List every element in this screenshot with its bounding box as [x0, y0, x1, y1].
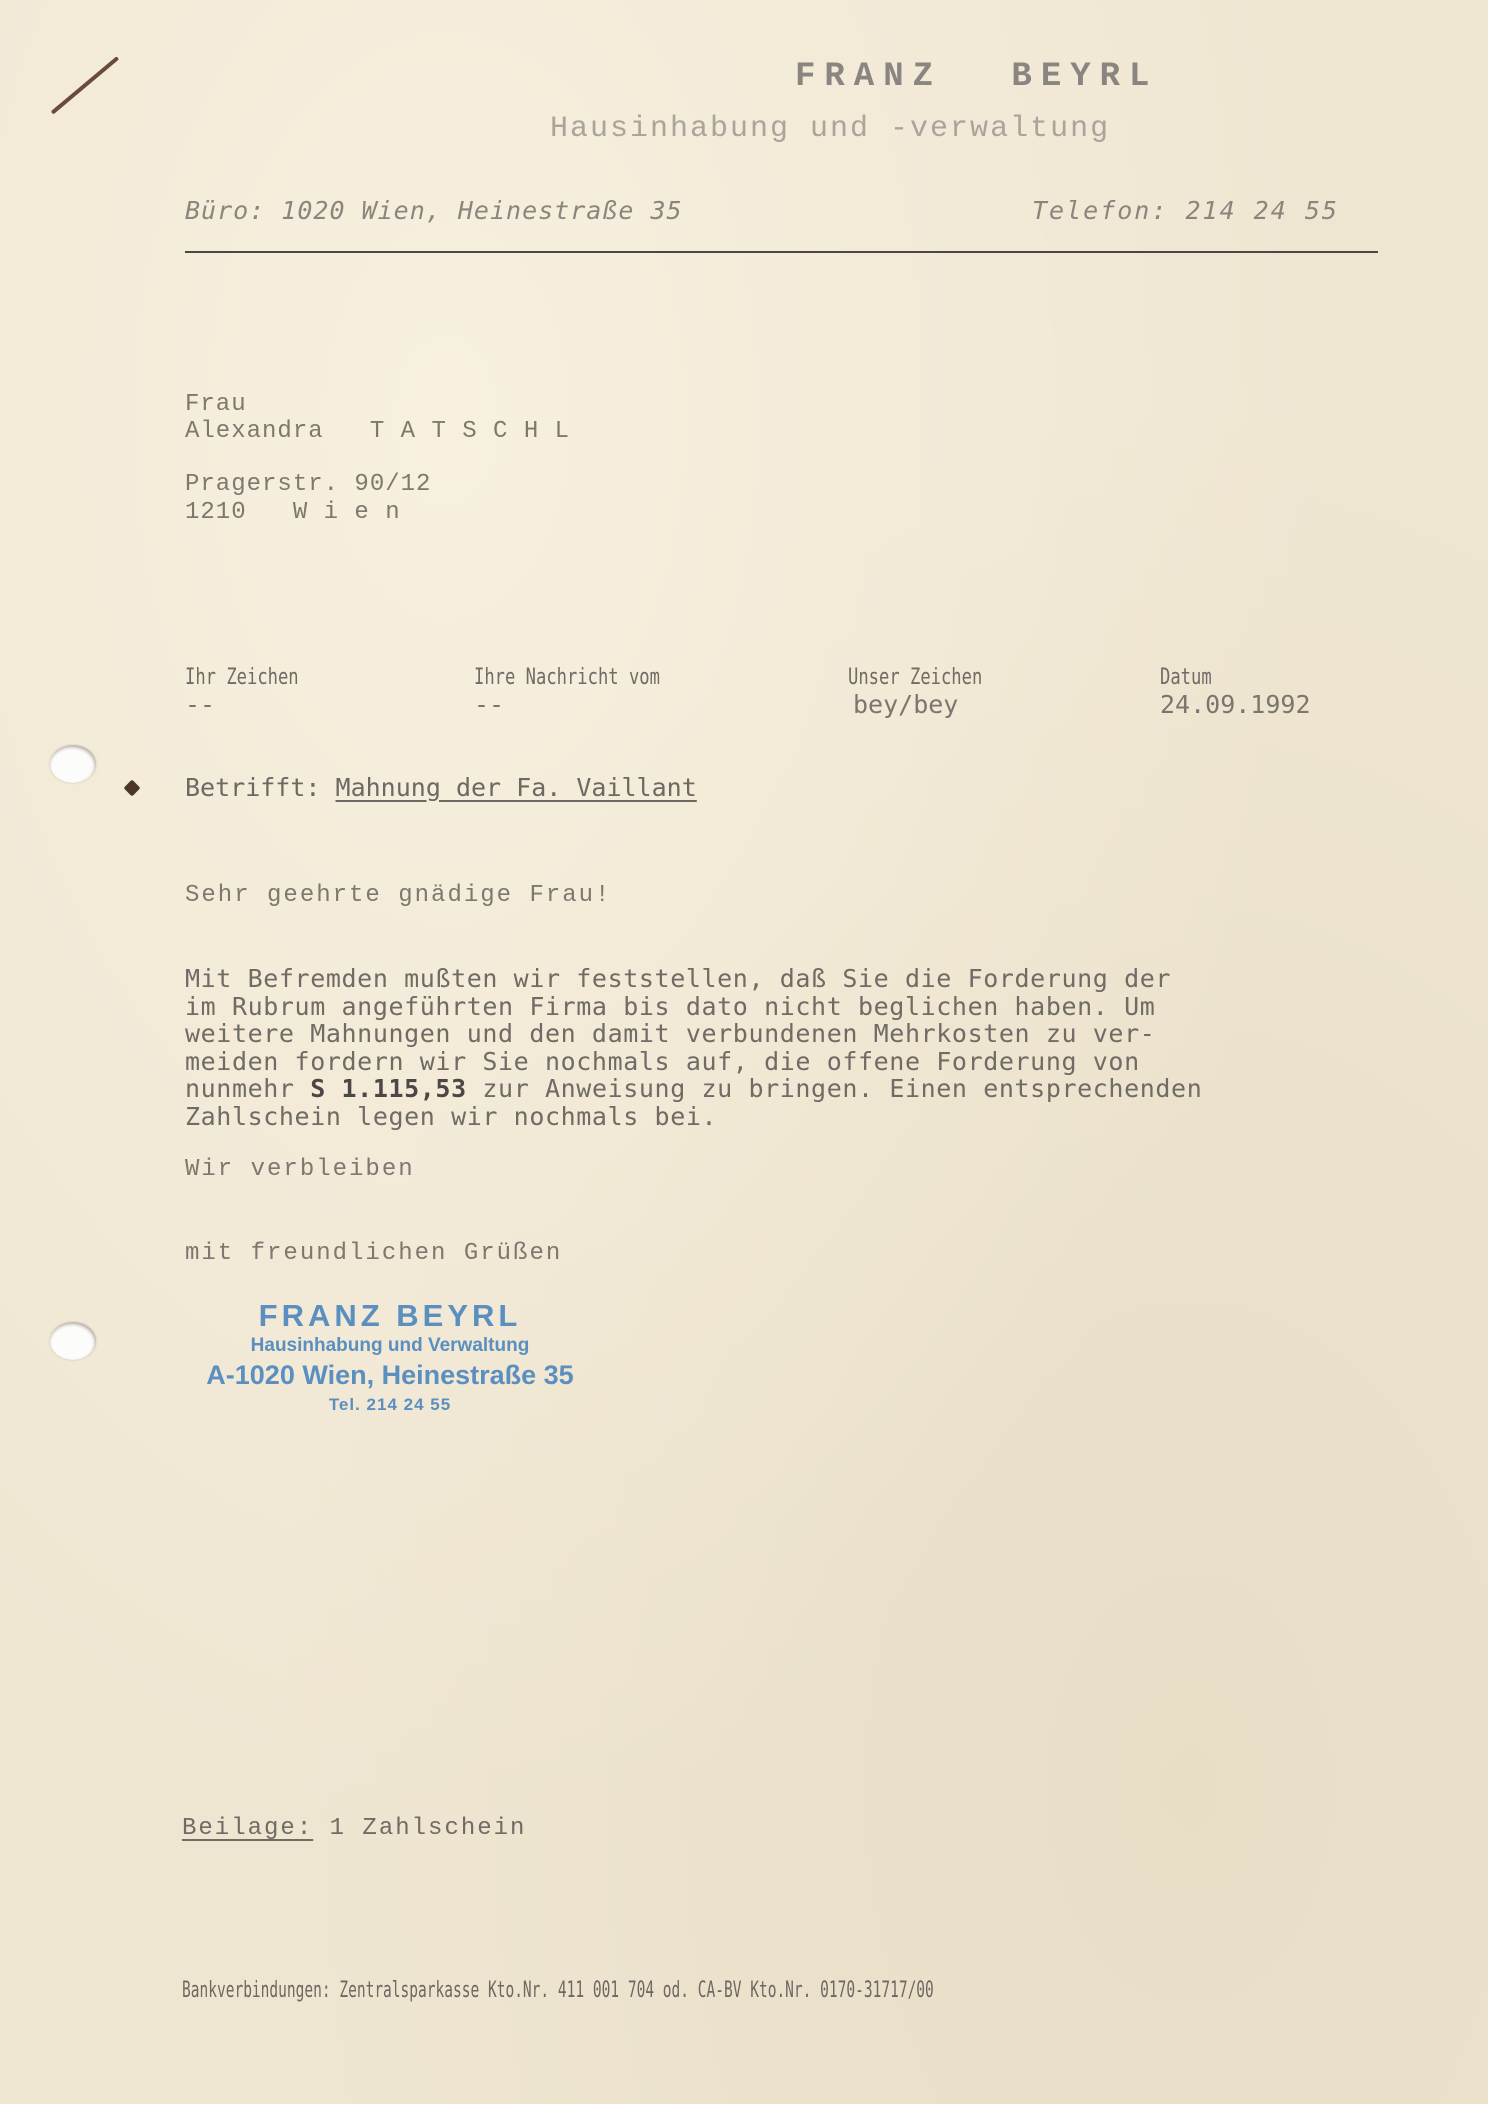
ref-label-ihre-nachricht: Ihre Nachricht vom [474, 665, 660, 690]
letter-body: Mit Befremden mußten wir feststellen, da… [185, 965, 1385, 1130]
letterhead-divider [185, 251, 1378, 253]
salutation: Sehr geehrte gnädige Frau! [185, 882, 611, 909]
ref-value-unser-zeichen: bey/bey [853, 690, 958, 719]
stamp-address: A-1020 Wien, Heinestraße 35 [200, 1358, 580, 1392]
punch-hole [50, 1322, 96, 1360]
letterhead-phone: Telefon: 214 24 55 [1032, 196, 1339, 225]
subject-value: Mahnung der Fa. Vaillant [336, 773, 697, 802]
ref-label-datum: Datum [1160, 665, 1212, 690]
recipient-street: Pragerstr. 90/12 [185, 471, 431, 498]
staple-mark [51, 56, 119, 114]
letterhead-subtitle: Hausinhabung und -verwaltung [550, 112, 1110, 146]
body-line: Zahlschein legen wir nochmals bei. [185, 1103, 1385, 1131]
recipient-title: Frau [185, 391, 247, 418]
ref-value-ihre-nachricht: -- [474, 690, 504, 719]
body-line: meiden fordern wir Sie nochmals auf, die… [185, 1048, 1385, 1076]
recipient-name: Alexandra T A T S C H L [185, 418, 570, 445]
subject-line: Betrifft: Mahnung der Fa. Vaillant [185, 773, 697, 802]
stamp-phone: Tel. 214 24 55 [200, 1392, 580, 1418]
body-line: Mit Befremden mußten wir feststellen, da… [185, 965, 1385, 993]
body-line: nunmehr S 1.115,53 zur Anweisung zu brin… [185, 1075, 1385, 1103]
enclosure-line: Beilage: 1 Zahlschein [182, 1815, 526, 1842]
letterhead-office-address: Büro: 1020 Wien, Heinestraße 35 [185, 196, 683, 225]
body-line: weitere Mahnungen und den damit verbunde… [185, 1020, 1385, 1048]
body-text: nunmehr [185, 1074, 310, 1103]
company-stamp: FRANZ BEYRL Hausinhabung und Verwaltung … [200, 1298, 580, 1418]
recipient-city: 1210 W i e n [185, 499, 401, 526]
amount-due: S 1.115,53 [310, 1074, 467, 1103]
ref-label-ihr-zeichen: Ihr Zeichen [185, 665, 299, 690]
punch-hole [50, 745, 96, 783]
stamp-company-name: FRANZ BEYRL [200, 1298, 580, 1334]
closing-greeting: mit freundlichen Grüßen [185, 1240, 562, 1267]
ref-label-unser-zeichen: Unser Zeichen [848, 665, 982, 690]
body-text: zur Anweisung zu bringen. Einen entsprec… [467, 1074, 1203, 1103]
letterhead-company-name: FRANZ BEYRL [795, 58, 1158, 96]
ref-value-ihr-zeichen: -- [185, 690, 215, 719]
fold-mark [124, 780, 141, 797]
body-line: im Rubrum angeführten Firma bis dato nic… [185, 993, 1385, 1021]
ref-value-datum: 24.09.1992 [1160, 690, 1311, 719]
subject-label: Betrifft: [185, 773, 320, 802]
stamp-subtitle: Hausinhabung und Verwaltung [200, 1334, 580, 1358]
enclosure-label: Beilage: [182, 1815, 313, 1842]
enclosure-value: 1 Zahlschein [313, 1815, 526, 1842]
closing-line: Wir verbleiben [185, 1156, 415, 1183]
footer-bank-details: Bankverbindungen: Zentralsparkasse Kto.N… [182, 1978, 934, 2003]
